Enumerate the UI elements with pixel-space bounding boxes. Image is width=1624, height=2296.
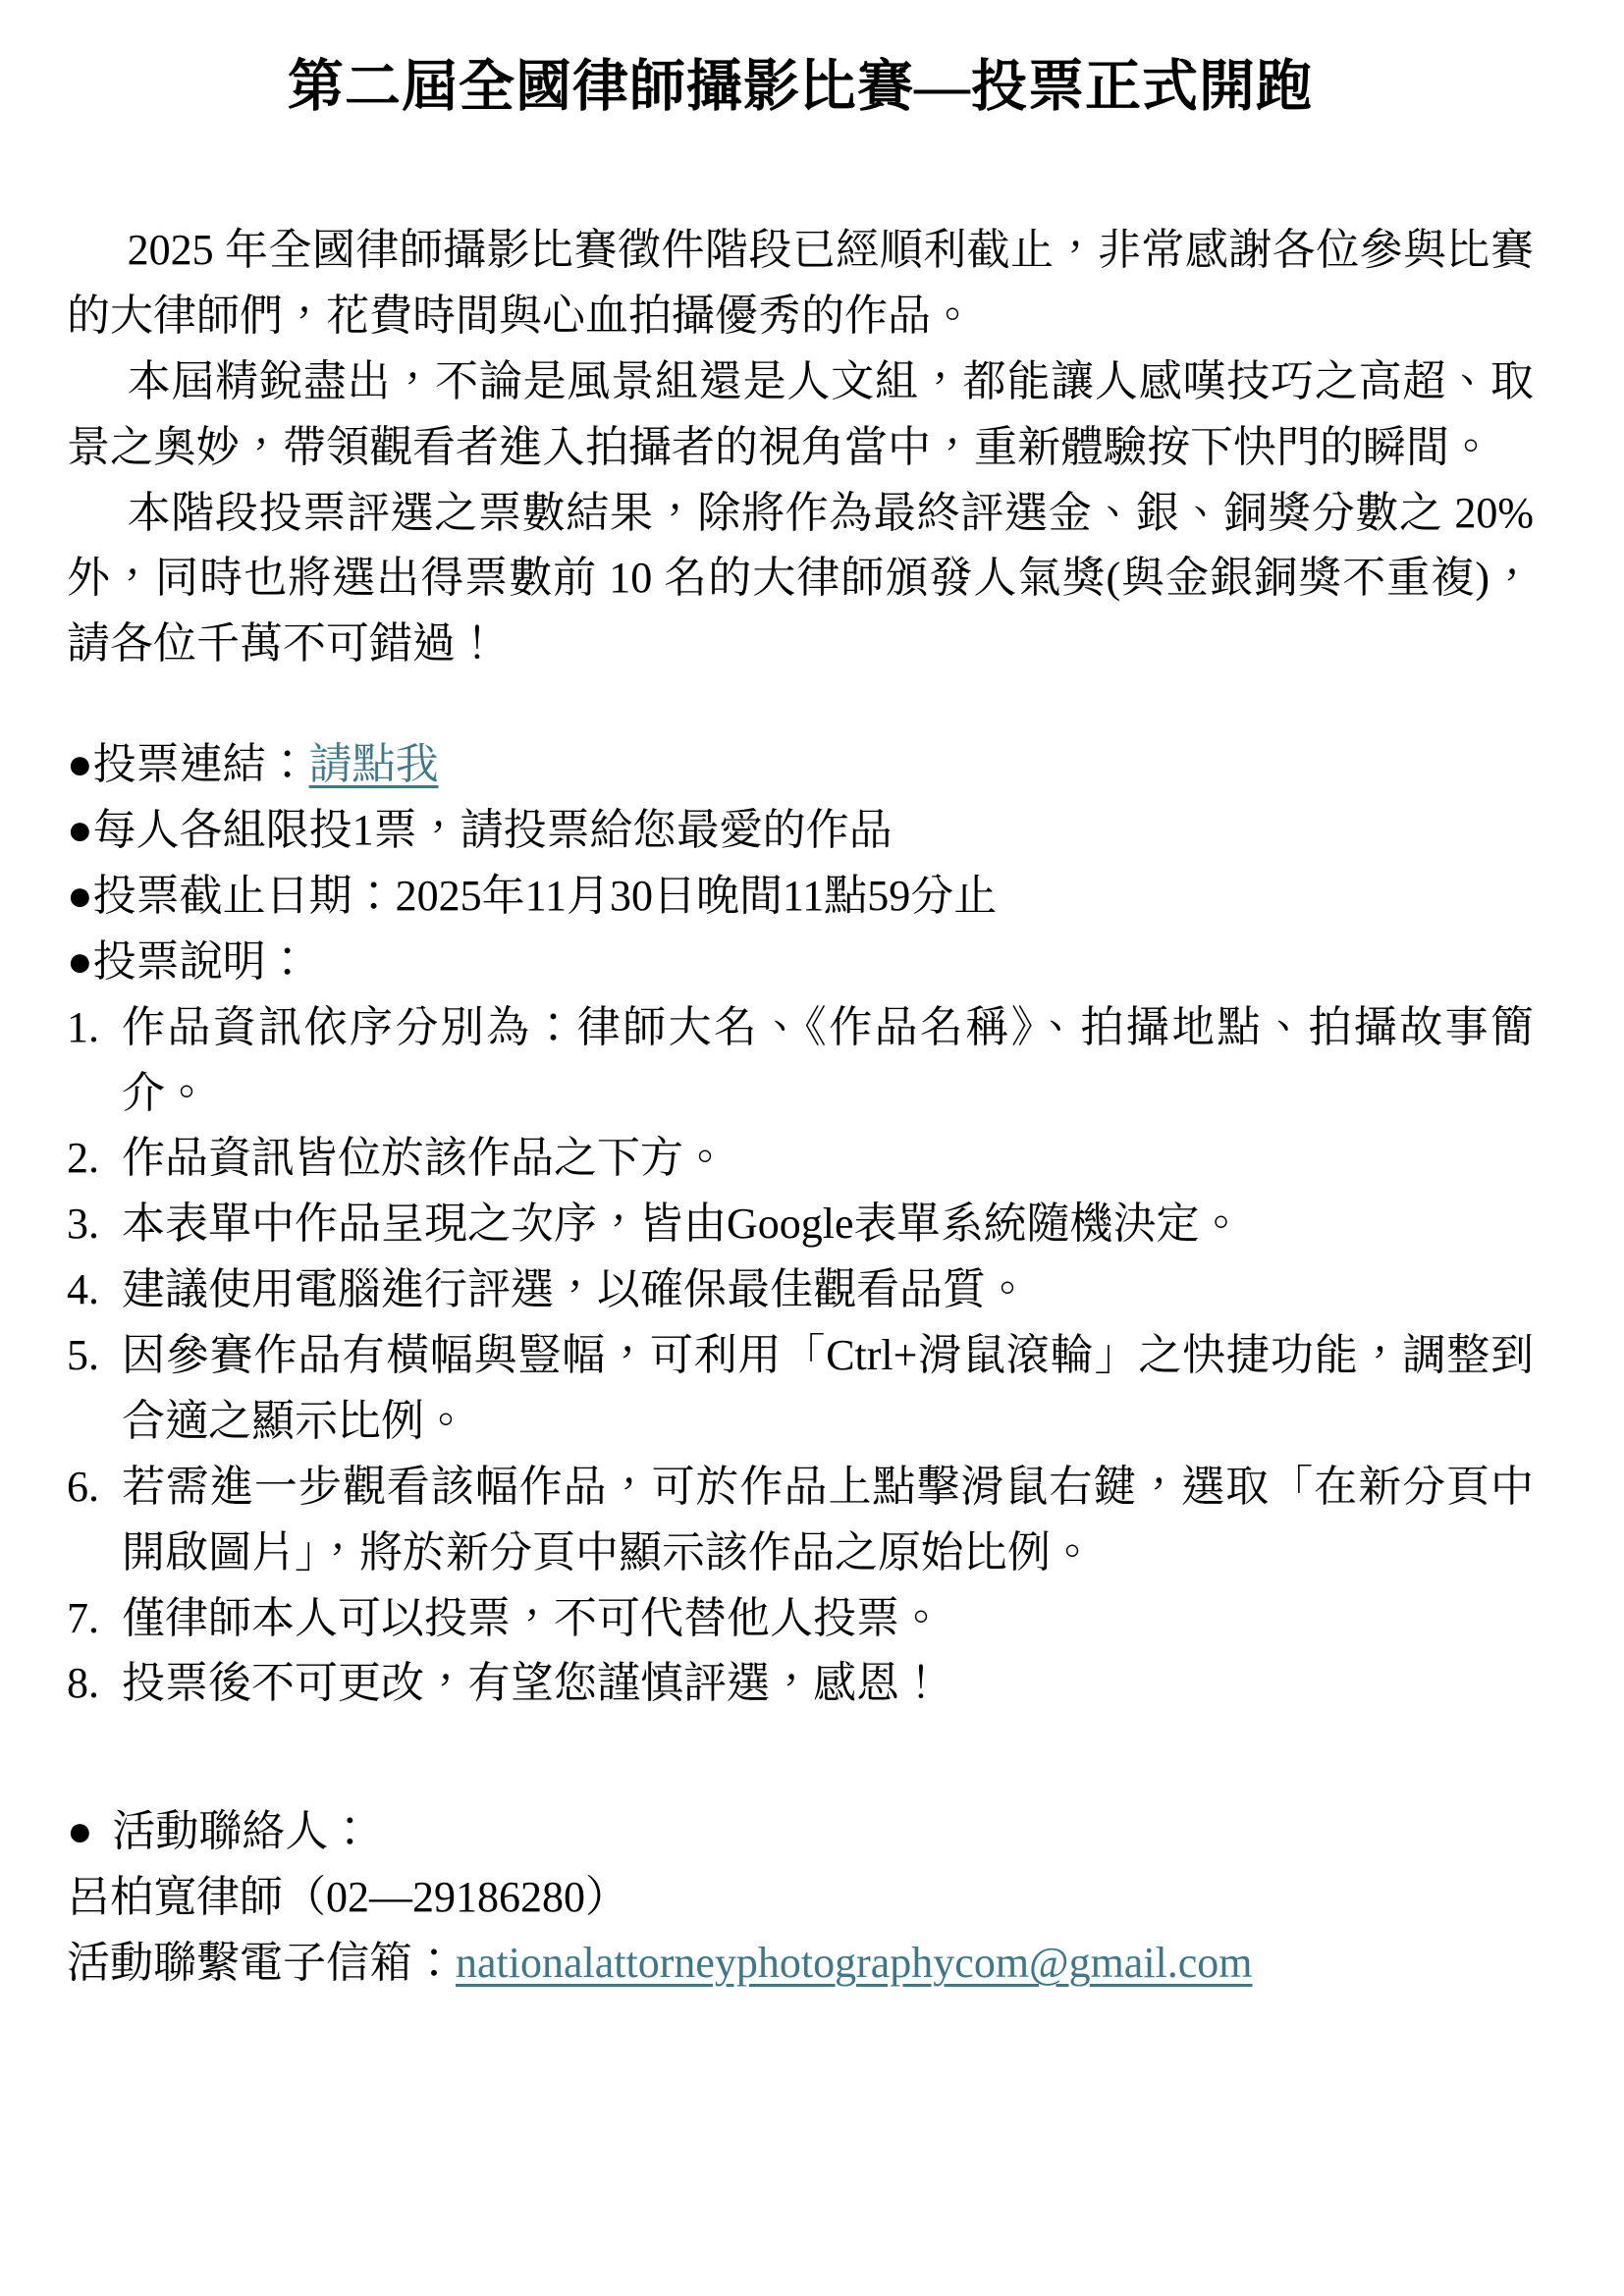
contact-person: 呂柏寬律師（02—29186280） — [67, 1865, 1534, 1931]
bullet-icon: ● — [67, 930, 93, 995]
bullet-deadline-line: ● 投票截止日期：2025年11月30日晚間11點59分止 — [67, 864, 1534, 930]
vote-limit-text: 每人各組限投1票，請投票給您最愛的作品 — [93, 798, 1534, 864]
instruction-item-2: 2. 作品資訊皆位於該作品之下方。 — [67, 1126, 1534, 1192]
contact-section: ● 活動聯絡人： 呂柏寬律師（02—29186280） 活動聯繫電子信箱：nat… — [67, 1799, 1534, 1997]
instruction-text: 本表單中作品呈現之次序，皆由Google表單系統隨機決定。 — [122, 1192, 1534, 1257]
instruction-number: 1. — [67, 995, 122, 1127]
vote-link[interactable]: 請點我 — [309, 740, 439, 788]
intro-paragraph-3: 本階段投票評選之票數結果，除將作為最終評選金、銀、銅獎分數之 20%外，同時也將… — [67, 481, 1534, 678]
instruction-text: 作品資訊依序分別為：律師大名、《作品名稱》、拍攝地點、拍攝故事簡介。 — [122, 995, 1534, 1127]
instruction-item-5: 5. 因參賽作品有橫幅與豎幅，可利用「Ctrl+滑鼠滾輪」之快捷功能，調整到合適… — [67, 1323, 1534, 1455]
instruction-item-1: 1. 作品資訊依序分別為：律師大名、《作品名稱》、拍攝地點、拍攝故事簡介。 — [67, 995, 1534, 1127]
instruction-item-7: 7. 僅律師本人可以投票，不可代替他人投票。 — [67, 1586, 1534, 1652]
instruction-number: 2. — [67, 1126, 122, 1192]
bullet-icon: ● — [67, 864, 93, 930]
instruction-item-3: 3. 本表單中作品呈現之次序，皆由Google表單系統隨機決定。 — [67, 1192, 1534, 1257]
instruction-number: 5. — [67, 1323, 122, 1455]
contact-email-link[interactable]: nationalattorneyphotographycom@gmail.com — [456, 1939, 1253, 1987]
instruction-number: 8. — [67, 1651, 122, 1717]
instructions-list: 1. 作品資訊依序分別為：律師大名、《作品名稱》、拍攝地點、拍攝故事簡介。 2.… — [67, 995, 1534, 1718]
bullet-instructions-heading-line: ● 投票說明： — [67, 930, 1534, 995]
instruction-text: 建議使用電腦進行評選，以確保最佳觀看品質。 — [122, 1257, 1534, 1323]
contact-email-label: 活動聯繫電子信箱： — [67, 1939, 456, 1987]
instruction-text: 僅律師本人可以投票，不可代替他人投票。 — [122, 1586, 1534, 1652]
instruction-number: 6. — [67, 1455, 122, 1586]
instruction-item-6: 6. 若需進一步觀看該幅作品，可於作品上點擊滑鼠右鍵，選取「在新分頁中開啟圖片」… — [67, 1455, 1534, 1586]
contact-email-line: 活動聯繫電子信箱：nationalattorneyphotographycom@… — [67, 1931, 1534, 1997]
instruction-number: 7. — [67, 1586, 122, 1652]
instruction-number: 3. — [67, 1192, 122, 1257]
deadline-text: 投票截止日期：2025年11月30日晚間11點59分止 — [93, 864, 1534, 930]
vote-link-line-text: 投票連結：請點我 — [93, 732, 1534, 798]
instruction-item-4: 4. 建議使用電腦進行評選，以確保最佳觀看品質。 — [67, 1257, 1534, 1323]
document-page: 第二屆全國律師攝影比賽—投票正式開跑 2025 年全國律師攝影比賽徵件階段已經順… — [0, 0, 1624, 2296]
instruction-text: 若需進一步觀看該幅作品，可於作品上點擊滑鼠右鍵，選取「在新分頁中開啟圖片」，將於… — [122, 1455, 1534, 1586]
bullet-icon: ● — [67, 732, 93, 798]
intro-paragraph-1: 2025 年全國律師攝影比賽徵件階段已經順利截止，非常感謝各位參與比賽的大律師們… — [67, 218, 1534, 349]
bullet-icon: ● — [67, 1799, 93, 1865]
vote-link-label: 投票連結： — [93, 740, 309, 788]
instruction-number: 4. — [67, 1257, 122, 1323]
bullet-vote-limit-line: ● 每人各組限投1票，請投票給您最愛的作品 — [67, 798, 1534, 864]
intro-paragraph-2: 本屆精銳盡出，不論是風景組還是人文組，都能讓人感嘆技巧之高超、取景之奧妙，帶領觀… — [67, 349, 1534, 481]
contact-heading: 活動聯絡人： — [112, 1799, 1534, 1865]
contact-heading-line: ● 活動聯絡人： — [67, 1799, 1534, 1865]
instruction-text: 投票後不可更改，有望您謹慎評選，感恩！ — [122, 1651, 1534, 1717]
instruction-item-8: 8. 投票後不可更改，有望您謹慎評選，感恩！ — [67, 1651, 1534, 1717]
bullet-icon: ● — [67, 798, 93, 864]
instruction-text: 作品資訊皆位於該作品之下方。 — [122, 1126, 1534, 1192]
instruction-text: 因參賽作品有橫幅與豎幅，可利用「Ctrl+滑鼠滾輪」之快捷功能，調整到合適之顯示… — [122, 1323, 1534, 1455]
voting-info-section: ● 投票連結：請點我 ● 每人各組限投1票，請投票給您最愛的作品 ● 投票截止日… — [67, 732, 1534, 1717]
instructions-heading: 投票說明： — [93, 930, 1534, 995]
bullet-vote-link-line: ● 投票連結：請點我 — [67, 732, 1534, 798]
page-title: 第二屆全國律師攝影比賽—投票正式開跑 — [67, 51, 1534, 124]
